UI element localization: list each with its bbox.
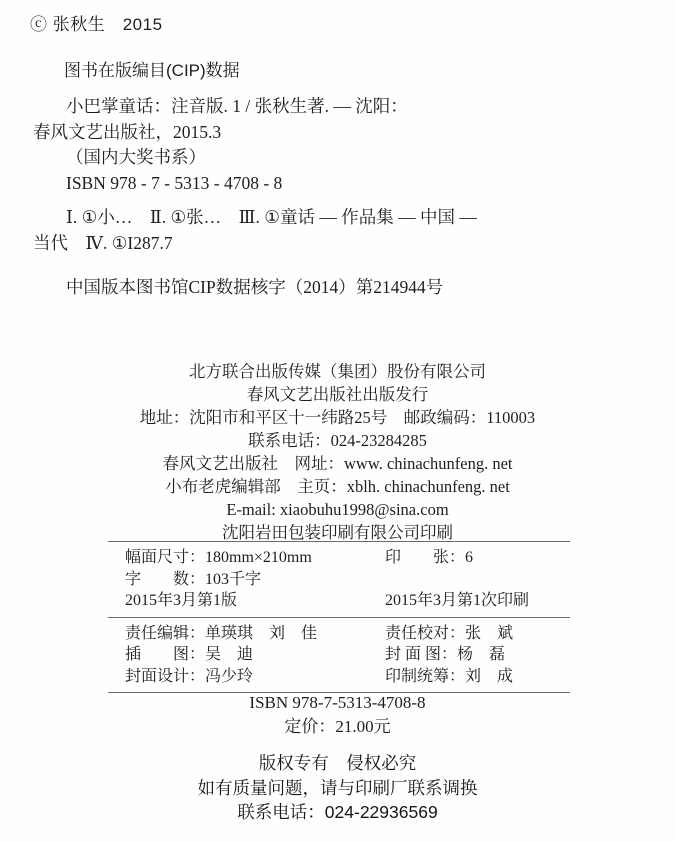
publisher-email-line: E-mail: xiaobuhu1998@sina.com: [0, 498, 675, 521]
isbn-price-block: ISBN 978-7-5313-4708-8 定价：21.00元: [0, 691, 675, 738]
book-copyright-page: ⓒ 张秋生 2015 图书在版编目(CIP)数据 小巴掌童话：注音版. 1 / …: [0, 0, 675, 842]
copyright-notice: ⓒ 张秋生 2015: [30, 10, 163, 35]
contact-phone-line: 联系电话：024-22936569: [0, 800, 675, 825]
sheet-count: 印 张：6: [385, 547, 570, 569]
price: 定价：21.00元: [0, 715, 675, 739]
spec-row: 幅面尺寸：180mm×210mm 印 张：6: [125, 547, 570, 569]
spec-row: 字 数：103千字: [125, 569, 570, 591]
print-coordinator: 印制统筹：刘 成: [385, 666, 570, 688]
format-section: 幅面尺寸：180mm×210mm 印 张：6 字 数：103千字 2015年3月…: [108, 542, 570, 617]
cover-designer: 封面设计：冯少玲: [125, 666, 385, 688]
isbn-number: ISBN 978-7-5313-4708-8: [0, 691, 675, 715]
cip-classification-line-2: 当代 Ⅳ. ①I287.7: [33, 231, 655, 257]
cip-classification-line-1: Ⅰ. ①小… Ⅱ. ①张… Ⅲ. ①童话 — 作品集 — 中国 —: [33, 205, 655, 231]
cip-publisher-line: 春风文艺出版社，2015.3: [33, 120, 655, 146]
spec-row: 2015年3月第1版 2015年3月第1次印刷: [125, 590, 570, 612]
editorial-homepage-line: 小布老虎编辑部 主页：xblh. chinachunfeng. net: [0, 475, 675, 498]
format-size: 幅面尺寸：180mm×210mm: [125, 547, 385, 569]
cover-artist: 封 面 图：杨 磊: [385, 644, 570, 666]
publisher-website-line: 春风文艺出版社 网址：www. chinachunfeng. net: [0, 452, 675, 475]
cip-title-statement: 小巴掌童话：注音版. 1 / 张秋生著. — 沈阳：: [33, 94, 655, 120]
rights-notice-block: 版权专有 侵权必究 如有质量问题，请与印刷厂联系调换 联系电话：024-2293…: [0, 751, 675, 825]
cip-series-line: （国内大奖书系）: [33, 145, 655, 171]
publisher-imprint-line: 春风文艺出版社出版发行: [0, 383, 675, 406]
staff-row: 封面设计：冯少玲 印制统筹：刘 成: [125, 666, 570, 688]
word-count: 字 数：103千字: [125, 569, 385, 591]
proofreader: 责任校对：张 斌: [385, 623, 570, 645]
staff-row: 插 图：吴 迪 封 面 图：杨 磊: [125, 644, 570, 666]
quality-issue-line: 如有质量问题，请与印刷厂联系调换: [0, 776, 675, 801]
responsible-editor: 责任编辑：单瑛琪 刘 佳: [125, 623, 385, 645]
cip-record-number: 中国版本图书馆CIP数据核字（2014）第214944号: [33, 275, 655, 301]
edition-date: 2015年3月第1版: [125, 590, 385, 612]
illustrator: 插 图：吴 迪: [125, 644, 385, 666]
publisher-address-line: 地址：沈阳市和平区十一纬路25号 邮政编码：110003: [0, 406, 675, 429]
staff-section: 责任编辑：单瑛琪 刘 佳 责任校对：张 斌 插 图：吴 迪 封 面 图：杨 磊 …: [108, 617, 570, 693]
publisher-info-block: 北方联合出版传媒（集团）股份有限公司 春风文艺出版社出版发行 地址：沈阳市和平区…: [0, 360, 675, 544]
spec-empty-cell: [385, 569, 570, 591]
printing-date: 2015年3月第1次印刷: [385, 590, 570, 612]
publisher-phone-line: 联系电话：024-23284285: [0, 429, 675, 452]
rights-reserved-line: 版权专有 侵权必究: [0, 751, 675, 776]
staff-row: 责任编辑：单瑛琪 刘 佳 责任校对：张 斌: [125, 623, 570, 645]
publication-spec-table: 幅面尺寸：180mm×210mm 印 张：6 字 数：103千字 2015年3月…: [108, 541, 570, 693]
publisher-group-name: 北方联合出版传媒（集团）股份有限公司: [0, 360, 675, 383]
cip-isbn-line: ISBN 978 - 7 - 5313 - 4708 - 8: [33, 171, 655, 197]
cip-heading: 图书在版编目(CIP)数据: [64, 56, 240, 81]
cip-record-block: 小巴掌童话：注音版. 1 / 张秋生著. — 沈阳： 春风文艺出版社，2015.…: [33, 94, 655, 301]
